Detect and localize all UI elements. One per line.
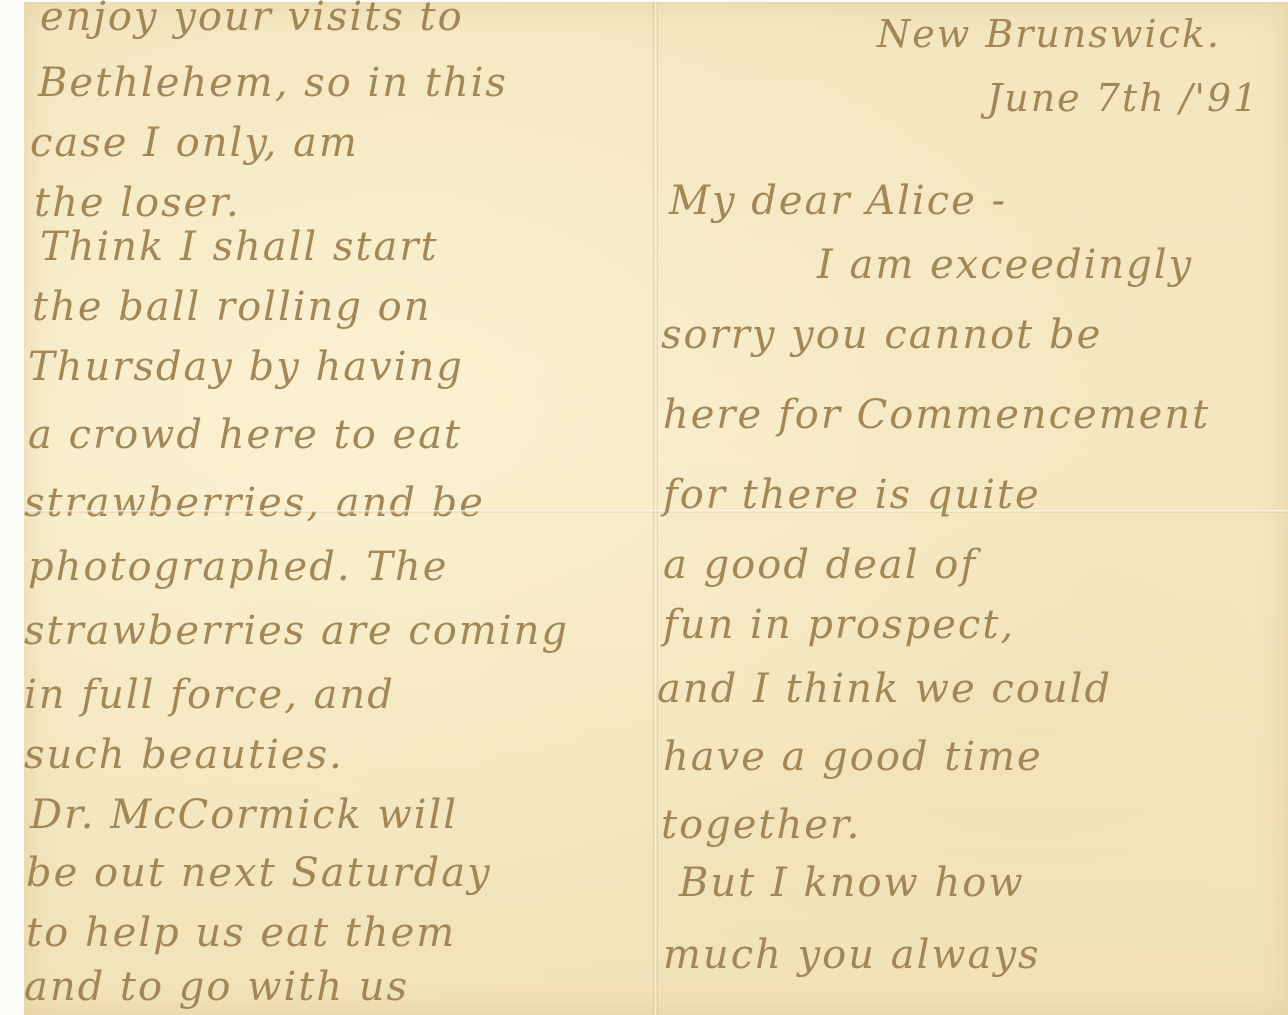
letter-line: in full force, and <box>24 672 395 718</box>
letter-salutation: My dear Alice - <box>669 178 1007 224</box>
letter-line: strawberries, and be <box>24 480 485 526</box>
scan-background: enjoy your visits to Bethlehem, so in th… <box>0 0 1288 1015</box>
letter-line: a good deal of <box>663 542 977 588</box>
letter-line: fun in prospect, <box>663 602 1015 648</box>
letter-line: such beauties. <box>24 732 344 778</box>
letter-line: photographed. The <box>28 544 448 590</box>
letter-line: together. <box>661 802 861 848</box>
letter-line: and to go with us <box>24 964 409 1010</box>
right-page: New Brunswick. June 7th /'91 My dear Ali… <box>657 2 1288 1015</box>
letter-line: I am exceedingly <box>817 242 1193 288</box>
letter-line: the ball rolling on <box>32 284 431 330</box>
letter-line: here for Commencement <box>663 392 1210 438</box>
letter-line: a crowd here to eat <box>28 412 462 458</box>
letter-line: much you always <box>663 932 1041 978</box>
letter-line: enjoy your visits to <box>40 0 464 40</box>
letter-line: for there is quite <box>663 472 1041 518</box>
letter-line: be out next Saturday <box>26 850 492 896</box>
letter-line: have a good time <box>663 734 1043 780</box>
letter-line: Think I shall start <box>40 224 439 270</box>
letter-line: Bethlehem, so in this <box>38 60 508 106</box>
letter-line: sorry you cannot be <box>661 312 1102 358</box>
letter-date: June 7th /'91 <box>987 76 1259 120</box>
letter-sheet: enjoy your visits to Bethlehem, so in th… <box>24 2 1288 1015</box>
letter-place: New Brunswick. <box>877 12 1221 56</box>
letter-line: Thursday by having <box>28 344 464 390</box>
letter-line: and I think we could <box>657 666 1112 712</box>
letter-line: case I only, am <box>30 120 359 166</box>
letter-line: But I know how <box>679 860 1025 906</box>
left-page: enjoy your visits to Bethlehem, so in th… <box>24 2 655 1015</box>
letter-line: to help us eat them <box>26 910 456 956</box>
letter-line: Dr. McCormick will <box>30 792 458 838</box>
letter-line: strawberries are coming <box>24 608 569 654</box>
letter-line: the loser. <box>34 180 241 226</box>
